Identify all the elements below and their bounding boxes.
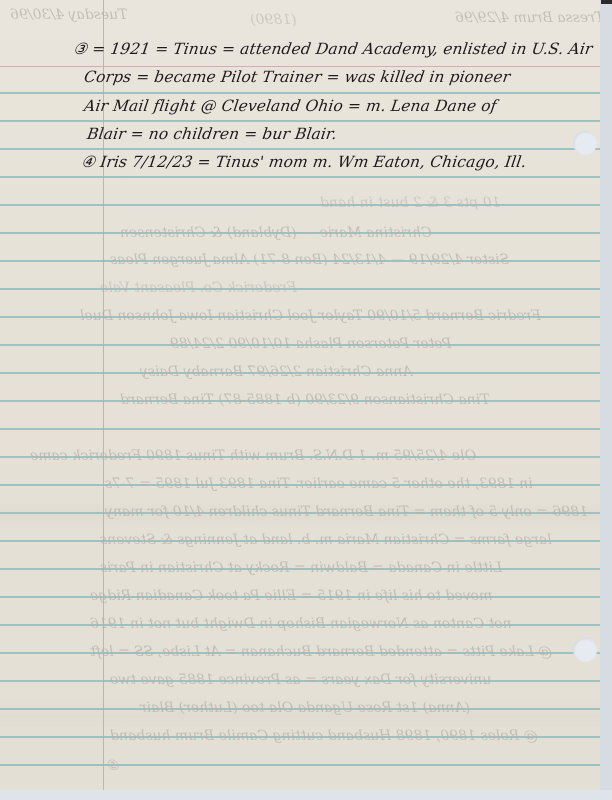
ghost-header-center: (1890)	[250, 12, 297, 28]
ghost-line: Little in Canada = Baldwin = Rocky at Ch…	[100, 560, 502, 576]
ruled-line	[0, 204, 600, 206]
ghost-line: Christina Marie — (Dybland) & Christense…	[120, 225, 432, 241]
ruled-line	[0, 176, 600, 178]
ghost-line: (Anna) 1st Rose Uganda Ola too (Luther) …	[140, 700, 470, 716]
ruled-line	[0, 764, 600, 766]
scan-corner	[601, 0, 612, 4]
ghost-line: not Canton as Norwegian Bishop in Dwight…	[90, 616, 512, 632]
ruled-line	[0, 120, 600, 122]
ghost-line: Frederick Co. Pleasant Vale	[100, 280, 297, 296]
header-red-rule	[0, 66, 600, 67]
ghost-line: Sister 4/29/19 — 4/13/24 (Ben 8-71) Alma…	[110, 252, 509, 268]
ruled-line	[0, 148, 600, 150]
ghost-line: Anna Christian 2/26/97 Barnaby Daisy	[140, 364, 413, 380]
ruled-line	[0, 288, 600, 290]
ghost-line: Ole 4/25/95 m. 1 D.N.S. Brum with Tinus …	[30, 448, 476, 464]
ghost-line: large farms = Christian Maria m. b. land…	[100, 532, 552, 548]
ghost-line: university for Dax years = as Province 1…	[110, 672, 491, 688]
handwritten-line: ④ Iris 7/12/23 = Tinus' mom m. Wm Eaton,…	[80, 153, 528, 171]
ghost-line: in 1893, the other 5 came earlier. Tina …	[105, 476, 533, 492]
ghost-header-left: Tuesday 4/30/96	[10, 7, 127, 23]
ruled-line	[0, 428, 600, 430]
ghost-line: Peter Peterson Plasha 10/10/90 2/24/89	[170, 336, 451, 352]
scan-edge-right	[600, 0, 612, 800]
ghost-line: Tina Christianson 9/23/90 (b 1885-87) Ti…	[120, 392, 490, 408]
ghost-line: ⑤	[108, 758, 121, 774]
notebook-page: Tressa Brum 4/29/96 Tuesday 4/30/96 (189…	[0, 0, 600, 790]
scan-edge-bottom	[0, 790, 612, 800]
ghost-line: 1896 = only 5 of them = Tina Bernard Tin…	[105, 504, 588, 520]
ghost-line: @ Roles 1890, 1898 Husband cutting Camil…	[110, 728, 538, 744]
ruled-line	[0, 92, 600, 94]
binder-hole-bottom	[573, 638, 597, 662]
margin-line	[103, 0, 104, 790]
ghost-line: @ Lake Pitts = attended Bernard Buchanan…	[90, 644, 552, 660]
handwritten-line: Blair = no children = bur Blair.	[86, 125, 338, 143]
ghost-line: Fredric Bernard 5/10/90 Taylor Joel Chri…	[80, 308, 541, 324]
handwritten-line: Air Mail flight @ Cleveland Ohio = m. Le…	[83, 97, 498, 115]
ghost-line: moved to his life in 1915 = Ellie Pa too…	[90, 588, 492, 604]
handwritten-line: Corps = became Pilot Trainer = was kille…	[83, 68, 512, 86]
ghost-header-right: Tressa Brum 4/29/96	[455, 10, 600, 26]
ghost-line: 10 pts 3 & 2 bust in hand	[320, 195, 501, 211]
handwritten-line: ③ = 1921 = Tinus = attended Dand Academy…	[72, 40, 594, 58]
binder-hole-top	[573, 131, 597, 155]
